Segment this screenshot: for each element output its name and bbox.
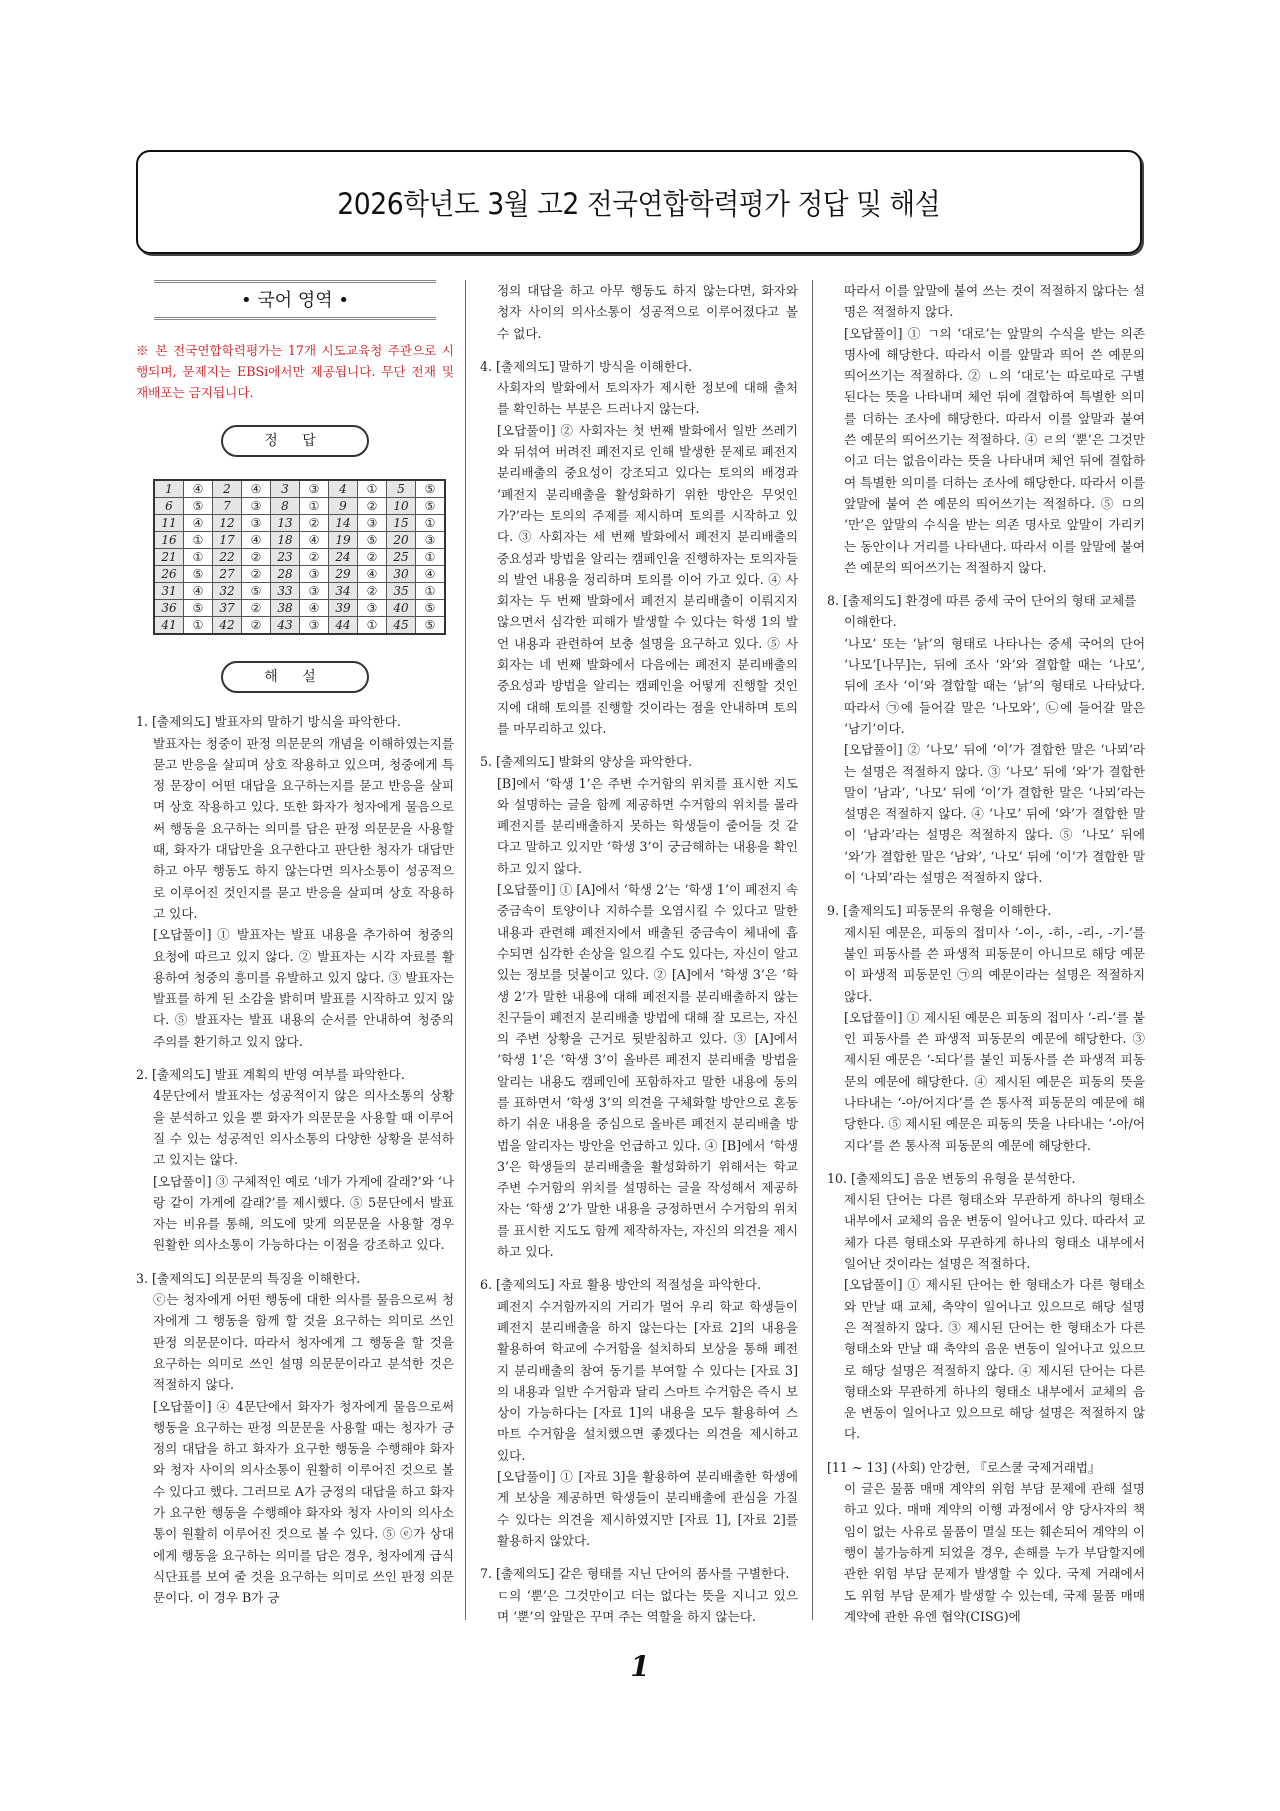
question-number: 23 bbox=[271, 549, 300, 566]
item-wrong-answers: [오답풀이] ① 제시된 예문은 피동의 접미사 ‘-리-’를 붙인 피동사를 … bbox=[827, 1007, 1145, 1156]
column-divider bbox=[465, 280, 466, 1620]
explanation-item-7-continued: 따라서 이를 앞말에 붙여 쓰는 것이 적절하지 않다는 설명은 적절하지 않다… bbox=[827, 280, 1145, 578]
explanation-item-3: 3. [출제의도] 의문문의 특징을 이해한다. ⓒ는 청자에게 어떤 행동에 … bbox=[136, 1268, 454, 1609]
item-wrong-answers: [오답풀이] ① 발표자는 발표 내용을 추가하여 청중의 요청에 따르고 있지… bbox=[136, 924, 454, 1052]
item-wrong-answers: [오답풀이] ① 제시된 단어는 한 형태소가 다른 형태소와 만날 때 교체,… bbox=[827, 1274, 1145, 1444]
answer-row: 41①42②43③44①45⑤ bbox=[154, 617, 445, 635]
answer-choice: ① bbox=[184, 617, 213, 635]
question-number: 30 bbox=[387, 566, 416, 583]
question-number: 21 bbox=[154, 549, 184, 566]
explanation-item-11-13: [11 ~ 13] (사회) 안강현, 『로스쿨 국제거래법』 이 글은 물품 … bbox=[827, 1457, 1145, 1627]
answer-choice: ① bbox=[416, 583, 446, 600]
answer-choice: ① bbox=[416, 549, 446, 566]
answer-choice: ⑤ bbox=[184, 566, 213, 583]
question-number: 1 bbox=[154, 480, 184, 498]
answer-choice: ① bbox=[184, 532, 213, 549]
question-number: 19 bbox=[329, 532, 358, 549]
item-wrong-answers: [오답풀이] ① [A]에서 ‘학생 2’는 ‘학생 1’이 폐전지 속 중금속… bbox=[480, 879, 798, 1262]
item-body: ⓒ는 청자에게 어떤 행동에 대한 의사를 물음으로써 청자에게 그 행동을 함… bbox=[136, 1289, 454, 1395]
question-number: 29 bbox=[329, 566, 358, 583]
item-wrong-answers: [오답풀이] ③ 구체적인 예로 ‘네가 가게에 갈래?’와 ‘나랑 같이 가게… bbox=[136, 1171, 454, 1256]
item-body: 4문단에서 발표자는 성공적이지 않은 의사소통의 상황을 분석하고 있을 뿐 … bbox=[136, 1085, 454, 1170]
answer-table: 1④2④3③4①5⑤6⑤7③8①9②10⑤11④12③13②14③15①16①1… bbox=[153, 479, 446, 635]
column-divider bbox=[812, 280, 813, 1620]
question-number: 5 bbox=[387, 480, 416, 498]
answer-row: 26⑤27②28③29④30④ bbox=[154, 566, 445, 583]
explanation-item-10: 10. [출제의도] 음운 변동의 유형을 분석한다. 제시된 단어는 다른 형… bbox=[827, 1168, 1145, 1445]
item-wrong-answers: [오답풀이] ② 사회자는 첫 번째 발화에서 일반 쓰레기와 뒤섞여 버려진 … bbox=[480, 420, 798, 739]
item-heading: 8. [출제의도] 환경에 따른 중세 국어 단어의 형태 교체를 이해한다. bbox=[827, 590, 1145, 633]
answer-choice: ① bbox=[358, 617, 387, 635]
answer-row: 31④32⑤33③34②35① bbox=[154, 583, 445, 600]
item-wrong-answers: [오답풀이] ① [자료 3]을 활용하여 분리배출한 학생에게 보상을 제공하… bbox=[480, 1466, 798, 1551]
explanation-item-1: 1. [출제의도] 발표자의 말하기 방식을 파악한다. 발표자는 청중이 판정… bbox=[136, 711, 454, 1052]
answer-choice: ④ bbox=[358, 566, 387, 583]
explanation-item-2: 2. [출제의도] 발표 계획의 반영 여부를 파악한다. 4문단에서 발표자는… bbox=[136, 1064, 454, 1256]
question-number: 18 bbox=[271, 532, 300, 549]
question-number: 38 bbox=[271, 600, 300, 617]
item-body: ‘나모’ 또는 ‘낡’의 형태로 나타나는 중세 국어의 단어 ‘나모’[나무]… bbox=[827, 633, 1145, 739]
answer-choice: ③ bbox=[242, 498, 271, 515]
question-number: 11 bbox=[154, 515, 184, 532]
answer-row: 6⑤7③8①9②10⑤ bbox=[154, 498, 445, 515]
question-number: 27 bbox=[213, 566, 242, 583]
answer-choice: ④ bbox=[184, 515, 213, 532]
middle-column: 정의 대답을 하고 아무 행동도 하지 않는다면, 화자와 청자 사이의 의사소… bbox=[480, 280, 798, 1627]
question-number: 42 bbox=[213, 617, 242, 635]
answer-choice: ④ bbox=[300, 532, 329, 549]
answer-choice: ① bbox=[358, 480, 387, 498]
explanation-item-8: 8. [출제의도] 환경에 따른 중세 국어 단어의 형태 교체를 이해한다. … bbox=[827, 590, 1145, 888]
answer-choice: ② bbox=[358, 498, 387, 515]
answer-choice: ③ bbox=[416, 532, 446, 549]
question-number: 26 bbox=[154, 566, 184, 583]
answer-choice: ③ bbox=[358, 515, 387, 532]
answer-choice: ③ bbox=[300, 583, 329, 600]
answer-choice: ⑤ bbox=[416, 600, 446, 617]
answer-choice: ④ bbox=[242, 532, 271, 549]
item-heading: 6. [출제의도] 자료 활용 방안의 적절성을 파악한다. bbox=[480, 1274, 798, 1295]
question-number: 33 bbox=[271, 583, 300, 600]
answer-choice: ① bbox=[184, 549, 213, 566]
left-column: • 국어 영역 • ※ 본 전국연합학력평가는 17개 시도교육청 주관으로 시… bbox=[136, 280, 454, 1608]
item-body: [B]에서 ‘학생 1’은 주변 수거함의 위치를 표시한 지도와 설명하는 글… bbox=[480, 773, 798, 879]
question-number: 22 bbox=[213, 549, 242, 566]
question-number: 39 bbox=[329, 600, 358, 617]
answer-choice: ③ bbox=[300, 617, 329, 635]
answer-choice: ② bbox=[300, 515, 329, 532]
question-number: 2 bbox=[213, 480, 242, 498]
answer-choice: ① bbox=[300, 498, 329, 515]
question-number: 25 bbox=[387, 549, 416, 566]
answer-choice: ⑤ bbox=[358, 532, 387, 549]
question-number: 15 bbox=[387, 515, 416, 532]
explanation-item-9: 9. [출제의도] 피동문의 유형을 이해한다. 제시된 예문은, 피동의 접미… bbox=[827, 900, 1145, 1156]
item-continued: 정의 대답을 하고 아무 행동도 하지 않는다면, 화자와 청자 사이의 의사소… bbox=[480, 280, 798, 344]
explanation-item-7: 7. [출제의도] 같은 형태를 지닌 단어의 품사를 구별한다. ㄷ의 ‘뿐’… bbox=[480, 1563, 798, 1627]
right-column: 따라서 이를 앞말에 붙여 쓰는 것이 적절하지 않다는 설명은 적절하지 않다… bbox=[827, 280, 1145, 1627]
item-heading: 9. [출제의도] 피동문의 유형을 이해한다. bbox=[827, 900, 1145, 921]
explanation-item-3-continued: 정의 대답을 하고 아무 행동도 하지 않는다면, 화자와 청자 사이의 의사소… bbox=[480, 280, 798, 344]
answer-choice: ③ bbox=[300, 566, 329, 583]
answer-label: 정 답 bbox=[221, 425, 369, 457]
answer-choice: ⑤ bbox=[416, 617, 446, 635]
answer-choice: ③ bbox=[358, 600, 387, 617]
page-number: 1 bbox=[0, 1650, 1280, 1683]
question-number: 17 bbox=[213, 532, 242, 549]
question-number: 40 bbox=[387, 600, 416, 617]
question-number: 31 bbox=[154, 583, 184, 600]
question-number: 32 bbox=[213, 583, 242, 600]
question-number: 9 bbox=[329, 498, 358, 515]
item-wrong-answers: [오답풀이] ① ㄱ의 ‘대로’는 앞말의 수식을 받는 의존 명사에 해당한다… bbox=[827, 323, 1145, 579]
answer-row: 36⑤37②38④39③40⑤ bbox=[154, 600, 445, 617]
item-body: 폐전지 수거함까지의 거리가 멀어 우리 학교 학생들이 폐전지 분리배출을 하… bbox=[480, 1296, 798, 1466]
copyright-notice: ※ 본 전국연합학력평가는 17개 시도교육청 주관으로 시행되며, 문제지는 … bbox=[136, 340, 454, 403]
title-box: 2026학년도 3월 고2 전국연합학력평가 정답 및 해설 bbox=[136, 150, 1142, 254]
item-heading: 7. [출제의도] 같은 형태를 지닌 단어의 품사를 구별한다. bbox=[480, 1563, 798, 1584]
item-wrong-answers: [오답풀이] ④ 4문단에서 화자가 청자에게 물음으로써 행동을 요구하는 판… bbox=[136, 1396, 454, 1609]
answer-choice: ② bbox=[358, 583, 387, 600]
answer-choice: ③ bbox=[242, 515, 271, 532]
answer-row: 11④12③13②14③15① bbox=[154, 515, 445, 532]
item-continued: 따라서 이를 앞말에 붙여 쓰는 것이 적절하지 않다는 설명은 적절하지 않다… bbox=[827, 280, 1145, 323]
question-number: 3 bbox=[271, 480, 300, 498]
item-heading: 3. [출제의도] 의문문의 특징을 이해한다. bbox=[136, 1268, 454, 1289]
section-heading: • 국어 영역 • bbox=[154, 280, 436, 320]
item-body: 제시된 단어는 다른 형태소와 무관하게 하나의 형태소 내부에서 교체의 음운… bbox=[827, 1189, 1145, 1274]
answer-choice: ① bbox=[416, 515, 446, 532]
answer-choice: ② bbox=[300, 549, 329, 566]
item-body: 제시된 예문은, 피동의 접미사 ‘-이-, -히-, -리-, -기-’를 붙… bbox=[827, 922, 1145, 1007]
answer-choice: ② bbox=[242, 566, 271, 583]
answer-row: 16①17④18④19⑤20③ bbox=[154, 532, 445, 549]
item-heading: 10. [출제의도] 음운 변동의 유형을 분석한다. bbox=[827, 1168, 1145, 1189]
answer-choice: ⑤ bbox=[416, 498, 446, 515]
item-heading: 2. [출제의도] 발표 계획의 반영 여부를 파악한다. bbox=[136, 1064, 454, 1085]
question-number: 24 bbox=[329, 549, 358, 566]
explanation-item-5: 5. [출제의도] 발화의 양상을 파악한다. [B]에서 ‘학생 1’은 주변… bbox=[480, 751, 798, 1262]
question-number: 13 bbox=[271, 515, 300, 532]
question-number: 36 bbox=[154, 600, 184, 617]
question-number: 8 bbox=[271, 498, 300, 515]
question-number: 43 bbox=[271, 617, 300, 635]
answer-choice: ⑤ bbox=[242, 583, 271, 600]
item-heading: 5. [출제의도] 발화의 양상을 파악한다. bbox=[480, 751, 798, 772]
answer-choice: ⑤ bbox=[416, 480, 446, 498]
explanation-item-6: 6. [출제의도] 자료 활용 방안의 적절성을 파악한다. 폐전지 수거함까지… bbox=[480, 1274, 798, 1551]
question-number: 20 bbox=[387, 532, 416, 549]
answer-choice: ④ bbox=[184, 583, 213, 600]
question-number: 44 bbox=[329, 617, 358, 635]
item-body: 사회자의 발화에서 토의자가 제시한 정보에 대해 출처를 확인하는 부분은 드… bbox=[480, 377, 798, 420]
question-number: 45 bbox=[387, 617, 416, 635]
answer-choice: ② bbox=[242, 617, 271, 635]
item-heading: [11 ~ 13] (사회) 안강현, 『로스쿨 국제거래법』 bbox=[827, 1457, 1145, 1478]
answer-choice: ③ bbox=[300, 480, 329, 498]
question-number: 14 bbox=[329, 515, 358, 532]
question-number: 41 bbox=[154, 617, 184, 635]
question-number: 37 bbox=[213, 600, 242, 617]
answer-row: 21①22②23②24②25① bbox=[154, 549, 445, 566]
explanation-label: 해 설 bbox=[221, 661, 369, 693]
item-body: ㄷ의 ‘뿐’은 그것만이고 더는 없다는 뜻을 지니고 있으며 ‘뿐’의 앞말은… bbox=[480, 1585, 798, 1628]
question-number: 12 bbox=[213, 515, 242, 532]
question-number: 35 bbox=[387, 583, 416, 600]
answer-choice: ② bbox=[242, 549, 271, 566]
answer-row: 1④2④3③4①5⑤ bbox=[154, 480, 445, 498]
item-wrong-answers: [오답풀이] ② ‘나모’ 뒤에 ‘이’가 결합한 말은 ‘나뫼’라는 설명은 … bbox=[827, 739, 1145, 888]
answer-choice: ④ bbox=[184, 480, 213, 498]
question-number: 28 bbox=[271, 566, 300, 583]
item-heading: 4. [출제의도] 말하기 방식을 이해한다. bbox=[480, 356, 798, 377]
question-number: 10 bbox=[387, 498, 416, 515]
item-heading: 1. [출제의도] 발표자의 말하기 방식을 파악한다. bbox=[136, 711, 454, 732]
item-body: 발표자는 청중이 판정 의문문의 개념을 이해하였는지를 묻고 반응을 살피며 … bbox=[136, 733, 454, 925]
answer-choice: ④ bbox=[300, 600, 329, 617]
page-title: 2026학년도 3월 고2 전국연합학력평가 정답 및 해설 bbox=[338, 182, 941, 223]
question-number: 16 bbox=[154, 532, 184, 549]
answer-choice: ⑤ bbox=[184, 600, 213, 617]
question-number: 4 bbox=[329, 480, 358, 498]
item-body: 이 글은 물품 매매 계약의 위험 부담 문제에 관해 설명하고 있다. 매매 … bbox=[827, 1478, 1145, 1627]
answer-choice: ⑤ bbox=[184, 498, 213, 515]
question-number: 34 bbox=[329, 583, 358, 600]
question-number: 7 bbox=[213, 498, 242, 515]
answer-choice: ④ bbox=[416, 566, 446, 583]
answer-choice: ④ bbox=[242, 480, 271, 498]
answer-choice: ② bbox=[242, 600, 271, 617]
answer-choice: ② bbox=[358, 549, 387, 566]
explanation-item-4: 4. [출제의도] 말하기 방식을 이해한다. 사회자의 발화에서 토의자가 제… bbox=[480, 356, 798, 739]
question-number: 6 bbox=[154, 498, 184, 515]
